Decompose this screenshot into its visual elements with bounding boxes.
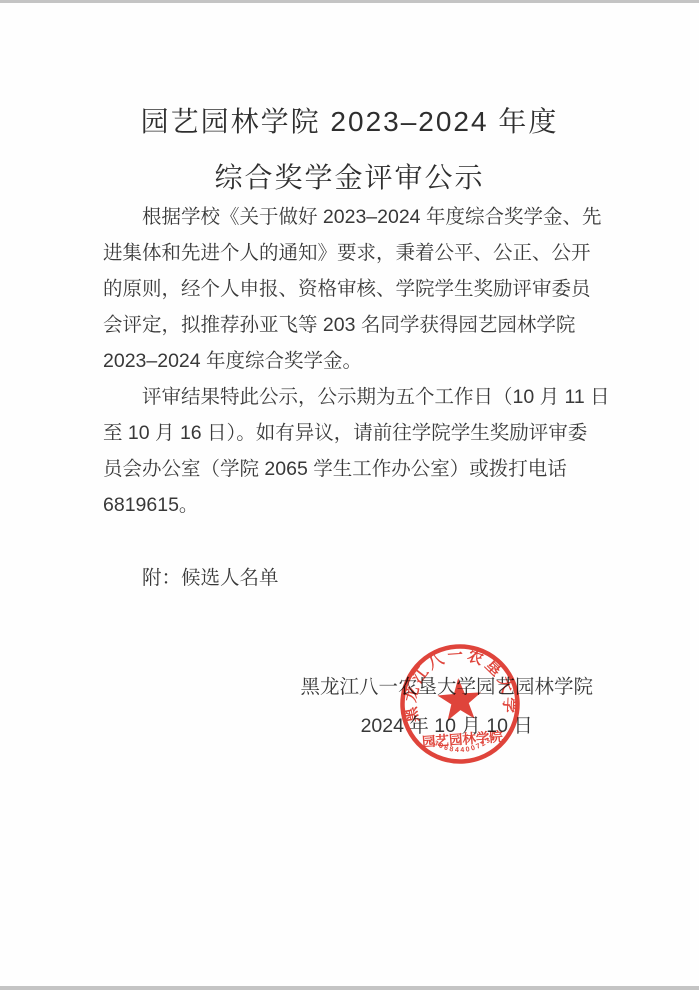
body-line: 评审结果特此公示，公示期为五个工作日（10 月 11 日 [103, 379, 599, 415]
viewer-bottom-edge [0, 986, 699, 990]
body-line: 的原则，经个人申报、资格审核、学院学生奖励评审委员 [103, 271, 599, 307]
doc-title-line1: 园艺园林学院 2023–2024 年度 [0, 100, 699, 140]
signature-date: 2024 年 10 月 10 日 [300, 715, 593, 737]
body-line: 至 10 月 16 日）。如有异议，请前往学院学生奖励评审委 [103, 415, 599, 451]
body-line: 根据学校《关于做好 2023–2024 年度综合奖学金、先 [103, 199, 599, 235]
body-line: 进集体和先进个人的通知》要求，秉着公平、公正、公开 [103, 235, 599, 271]
body-line: 2023–2024 年度综合奖学金。 [103, 343, 599, 379]
document-page: 园艺园林学院 2023–2024 年度 综合奖学金评审公示 根据学校《关于做好 … [0, 0, 699, 990]
doc-body: 根据学校《关于做好 2023–2024 年度综合奖学金、先 进集体和先进个人的通… [103, 199, 599, 523]
announcement-document: 园艺园林学院 2023–2024 年度 综合奖学金评审公示 根据学校《关于做好 … [0, 0, 699, 990]
signature-org-name: 黑龙江八一农垦大学园艺园林学院 [300, 676, 593, 698]
body-line: 会评定，拟推荐孙亚飞等 203 名同学获得园艺园林学院 [103, 307, 599, 343]
attachment-note: 附：候选人名单 [142, 560, 279, 596]
body-line: 员会办公室（学院 2065 学生工作办公室）或拨打电话 [103, 451, 599, 487]
signature-block: 黑龙江八一农垦大学园艺园林学院 2024 年 10 月 10 日 [300, 676, 593, 737]
body-line: 6819615。 [103, 487, 599, 523]
doc-title-line2: 综合奖学金评审公示 [0, 156, 699, 196]
